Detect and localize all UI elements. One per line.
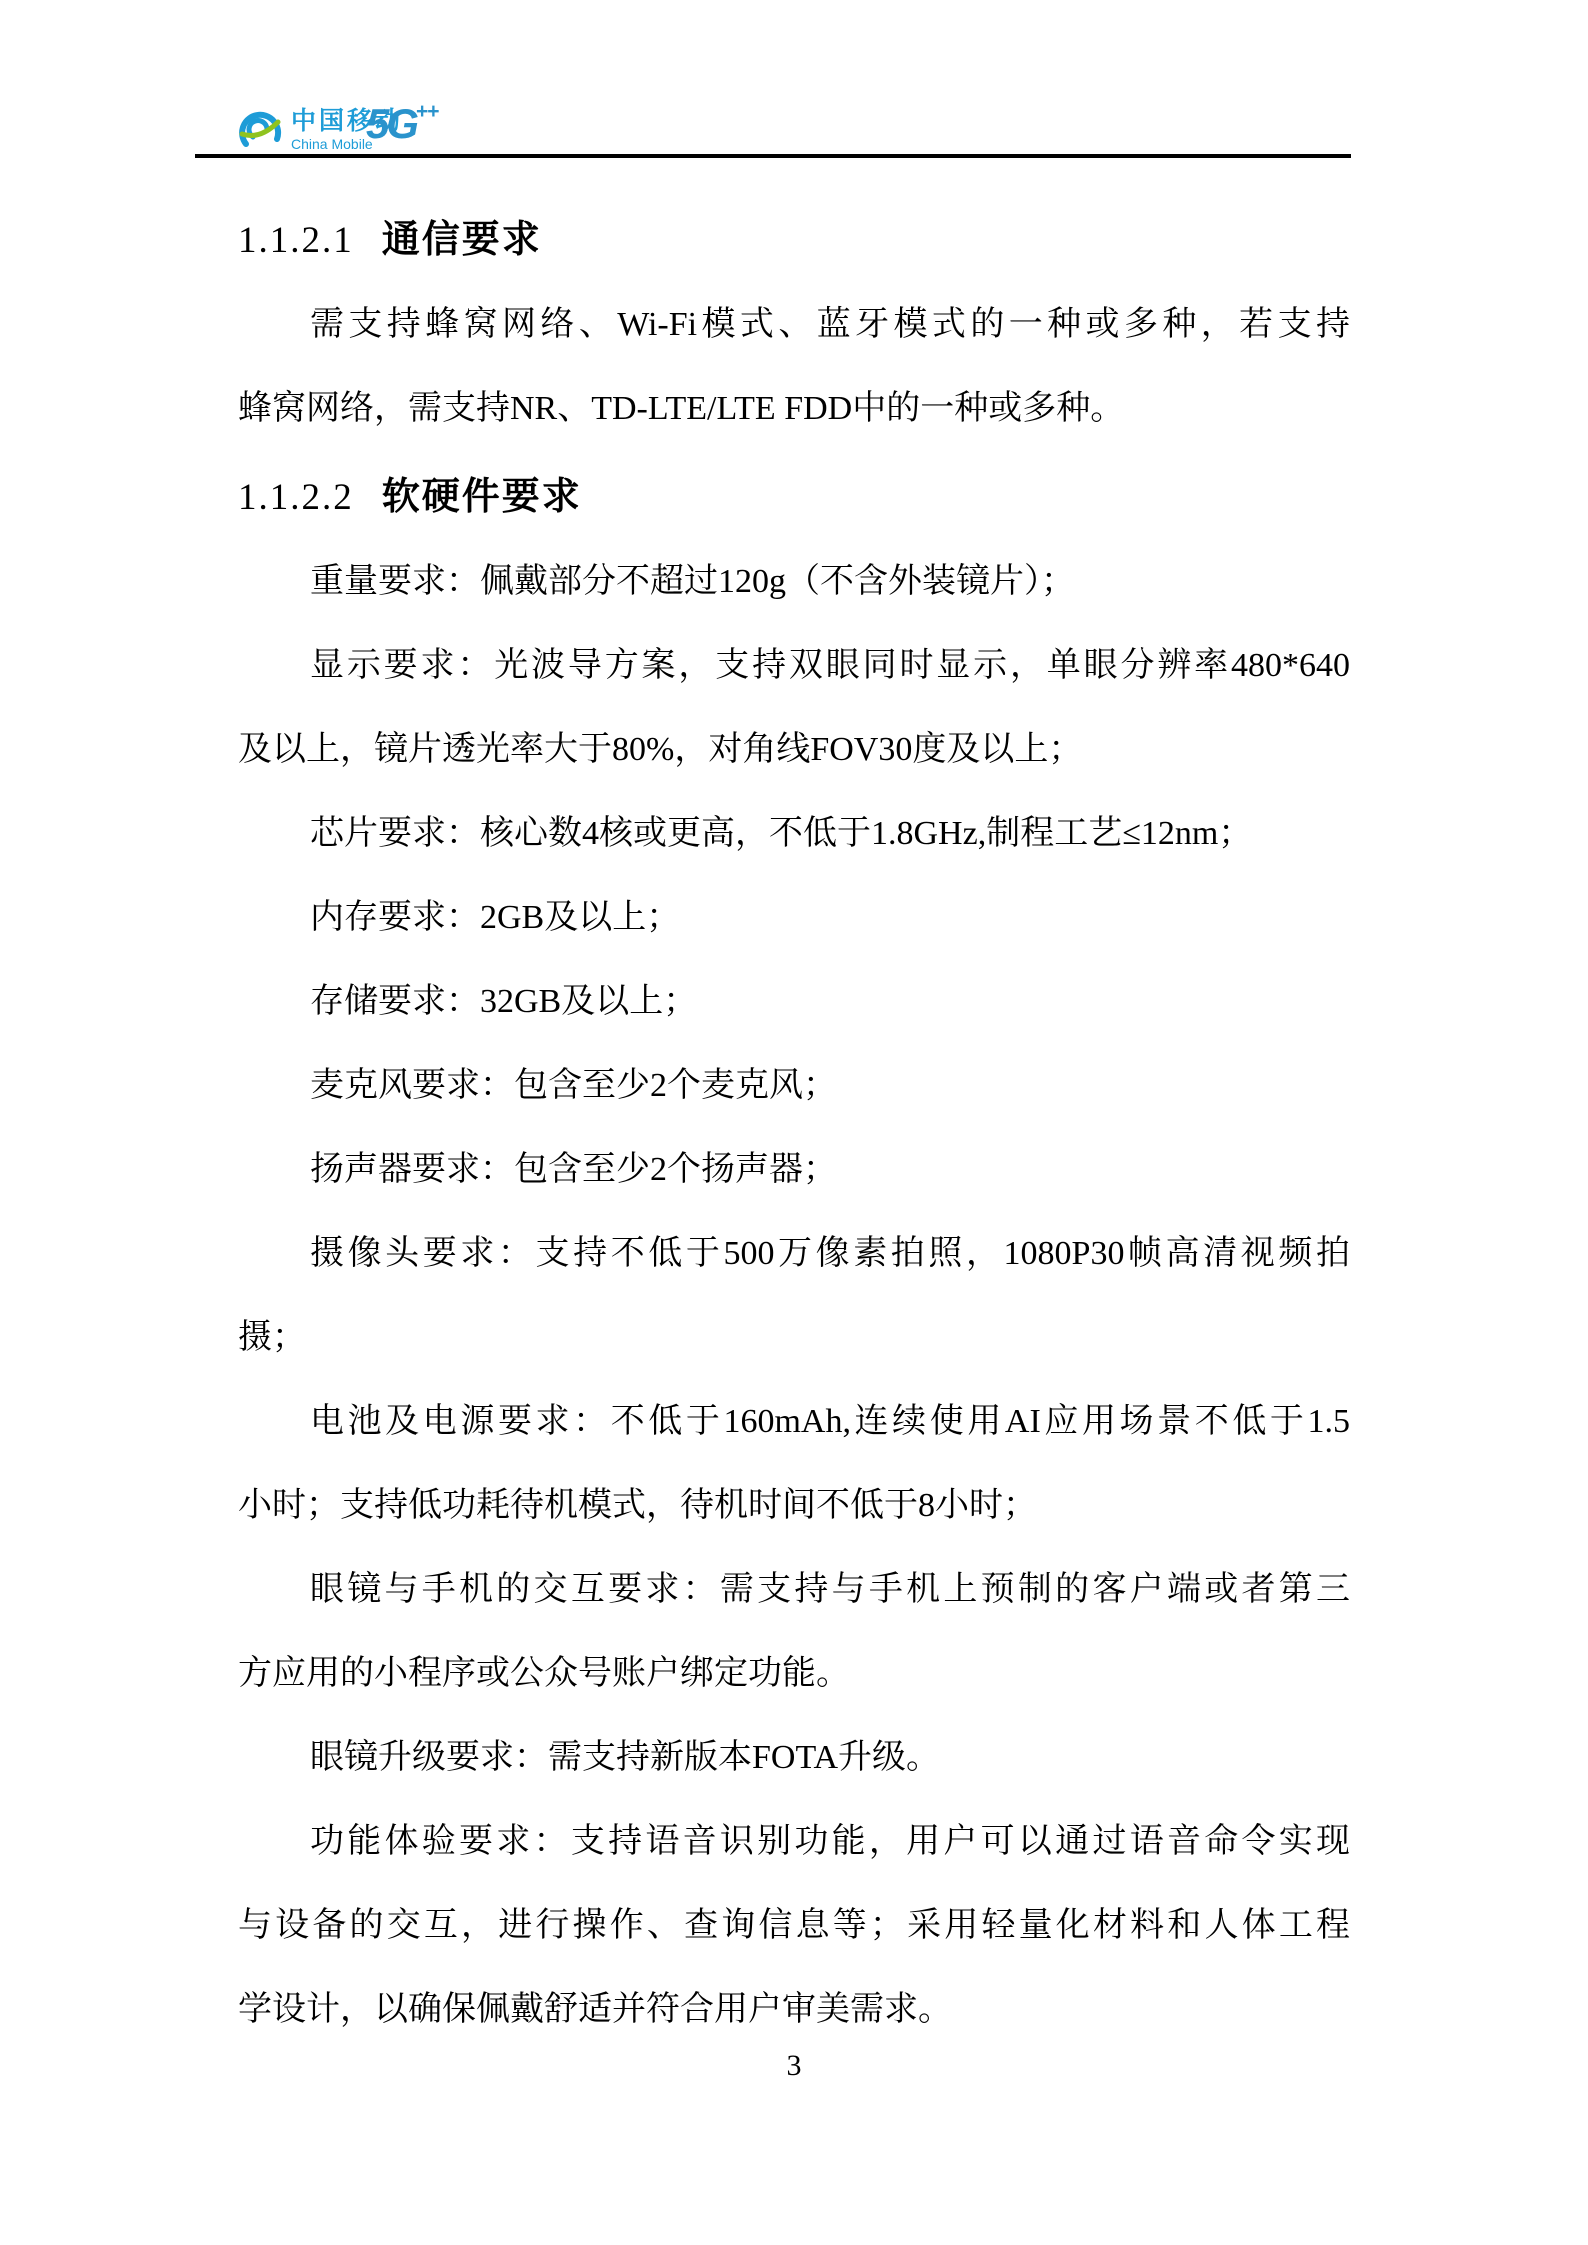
heading-number: 1.1.2.1: [238, 220, 354, 261]
text-line: 显示要求：光波导方案，支持双眼同时显示，单眼分辨率480*640: [238, 624, 1350, 708]
section-heading: 1.1.2.2软硬件要求: [238, 451, 1350, 540]
text-line: 蜂窝网络，需支持NR、TD-LTE/LTE FDD中的一种或多种。: [238, 367, 1350, 451]
china-mobile-logo-icon: [236, 106, 284, 154]
text-line: 麦克风要求：包含至少2个麦克风；: [238, 1044, 1350, 1128]
page-number: 3: [0, 2048, 1588, 2084]
heading-title: 软硬件要求: [382, 476, 582, 518]
text-line: 学设计，以确保佩戴舒适并符合用户审美需求。: [238, 1968, 1350, 2052]
text-line: 摄像头要求：支持不低于500万像素拍照，1080P30帧高清视频拍: [238, 1212, 1350, 1296]
paragraph: 电池及电源要求：不低于160mAh,连续使用AI应用场景不低于1.5小时；支持低…: [238, 1380, 1350, 1548]
heading-title: 通信要求: [382, 219, 542, 261]
text-line: 与设备的交互，进行操作、查询信息等；采用轻量化材料和人体工程: [238, 1884, 1350, 1968]
header-rule: [195, 154, 1351, 158]
text-line: 眼镜与手机的交互要求：需支持与手机上预制的客户端或者第三: [238, 1548, 1350, 1632]
5g-badge-plus: ++: [416, 100, 439, 123]
text-line: 重量要求：佩戴部分不超过120g（不含外装镜片）；: [238, 540, 1350, 624]
text-line: 电池及电源要求：不低于160mAh,连续使用AI应用场景不低于1.5: [238, 1380, 1350, 1464]
paragraph: 麦克风要求：包含至少2个麦克风；: [238, 1044, 1350, 1128]
paragraph: 摄像头要求：支持不低于500万像素拍照，1080P30帧高清视频拍摄；: [238, 1212, 1350, 1380]
text-line: 功能体验要求：支持语音识别功能，用户可以通过语音命令实现: [238, 1800, 1350, 1884]
text-line: 摄；: [238, 1296, 1350, 1380]
document-body: 1.1.2.1通信要求需支持蜂窝网络、Wi-Fi模式、蓝牙模式的一种或多种，若支…: [238, 194, 1350, 2052]
paragraph: 眼镜升级要求：需支持新版本FOTA升级。: [238, 1716, 1350, 1800]
paragraph: 内存要求：2GB及以上；: [238, 876, 1350, 960]
text-line: 小时；支持低功耗待机模式，待机时间不低于8小时；: [238, 1464, 1350, 1548]
document-page: 中国移动 China Mobile 5G++ 1.1.2.1通信要求需支持蜂窝网…: [0, 0, 1588, 2245]
text-line: 需支持蜂窝网络、Wi-Fi模式、蓝牙模式的一种或多种，若支持: [238, 283, 1350, 367]
paragraph: 芯片要求：核心数4核或更高，不低于1.8GHz,制程工艺≤12nm；: [238, 792, 1350, 876]
text-line: 及以上，镜片透光率大于80%，对角线FOV30度及以上；: [238, 708, 1350, 792]
text-line: 内存要求：2GB及以上；: [238, 876, 1350, 960]
5g-badge-text: 5G: [366, 100, 416, 147]
text-line: 存储要求：32GB及以上；: [238, 960, 1350, 1044]
paragraph: 扬声器要求：包含至少2个扬声器；: [238, 1128, 1350, 1212]
paragraph: 功能体验要求：支持语音识别功能，用户可以通过语音命令实现与设备的交互，进行操作、…: [238, 1800, 1350, 2052]
heading-number: 1.1.2.2: [238, 477, 354, 518]
text-line: 芯片要求：核心数4核或更高，不低于1.8GHz,制程工艺≤12nm；: [238, 792, 1350, 876]
text-line: 方应用的小程序或公众号账户绑定功能。: [238, 1632, 1350, 1716]
paragraph: 显示要求：光波导方案，支持双眼同时显示，单眼分辨率480*640及以上，镜片透光…: [238, 624, 1350, 792]
5g-plus-logo: 5G++: [366, 100, 439, 148]
text-line: 眼镜升级要求：需支持新版本FOTA升级。: [238, 1716, 1350, 1800]
text-line: 扬声器要求：包含至少2个扬声器；: [238, 1128, 1350, 1212]
paragraph: 重量要求：佩戴部分不超过120g（不含外装镜片）；: [238, 540, 1350, 624]
paragraph: 存储要求：32GB及以上；: [238, 960, 1350, 1044]
section-heading: 1.1.2.1通信要求: [238, 194, 1350, 283]
paragraph: 需支持蜂窝网络、Wi-Fi模式、蓝牙模式的一种或多种，若支持蜂窝网络，需支持NR…: [238, 283, 1350, 451]
paragraph: 眼镜与手机的交互要求：需支持与手机上预制的客户端或者第三方应用的小程序或公众号账…: [238, 1548, 1350, 1716]
